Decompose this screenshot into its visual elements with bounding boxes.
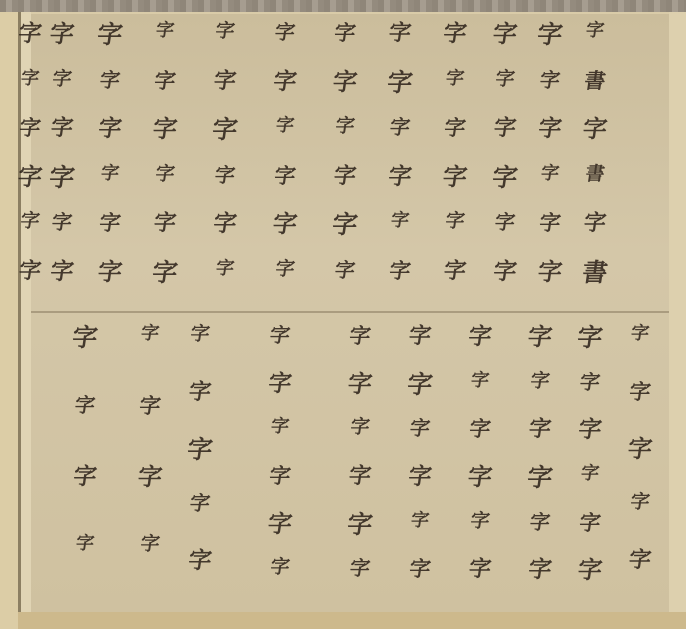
brush-glyph: 字 <box>145 260 185 285</box>
brush-glyph: 字 <box>180 437 220 462</box>
brush-glyph: 字 <box>571 512 610 533</box>
brush-glyph: 字 <box>436 212 475 231</box>
brush-glyph: 字 <box>621 325 660 343</box>
brush-glyph: 字 <box>91 70 130 90</box>
brush-glyph: 字 <box>205 212 244 235</box>
brush-glyph: 字 <box>11 212 50 231</box>
brush-glyph: 字 <box>570 418 609 441</box>
brush-glyph: 字 <box>65 465 104 488</box>
brush-glyph: 字 <box>521 512 560 532</box>
brush-glyph: 字 <box>11 117 50 138</box>
brush-glyph: 字 <box>131 325 170 343</box>
calligraphy-column: 字字字字 <box>67 325 103 605</box>
calligraphy-column: 字字字字字字 <box>462 325 498 605</box>
brush-glyph: 字 <box>145 212 184 234</box>
brush-glyph: 字 <box>520 418 559 440</box>
calligraphy-column: 字字字字字字 <box>267 22 303 307</box>
brush-glyph: 字 <box>266 165 305 186</box>
brush-glyph: 字 <box>435 165 474 189</box>
brush-glyph: 字 <box>621 493 660 512</box>
brush-glyph: 字 <box>461 512 500 531</box>
calligraphy-column: 字書字書字書 <box>577 22 613 307</box>
paper-seam <box>31 311 669 313</box>
brush-glyph: 字 <box>575 117 614 141</box>
brush-glyph: 字 <box>65 325 105 350</box>
brush-glyph: 字 <box>400 372 440 397</box>
calligraphy-column: 字字字字字 <box>622 325 658 605</box>
brush-glyph: 字 <box>436 70 475 88</box>
brush-glyph: 字 <box>521 372 560 391</box>
brush-glyph: 字 <box>266 117 305 135</box>
brush-glyph: 字 <box>460 465 499 489</box>
brush-glyph: 字 <box>435 260 474 282</box>
brush-glyph: 字 <box>401 558 440 579</box>
brush-glyph: 字 <box>265 212 304 236</box>
brush-glyph: 字 <box>130 465 169 489</box>
scroll-mount-bottom <box>18 612 686 629</box>
brush-glyph: 字 <box>340 372 379 396</box>
brush-glyph: 字 <box>621 381 660 402</box>
calligraphy-column: 字字字字 <box>132 325 168 605</box>
brush-glyph: 字 <box>531 212 570 233</box>
brush-glyph: 字 <box>206 22 245 41</box>
calligraphy-column: 字字字字字字 <box>327 22 363 307</box>
brush-glyph: 字 <box>205 70 244 92</box>
brush-glyph: 字 <box>90 22 130 47</box>
brush-glyph: 字 <box>261 558 300 577</box>
brush-glyph: 字 <box>206 165 245 185</box>
calligraphy-column: 字字字字字字 <box>262 325 298 605</box>
brush-glyph: 字 <box>620 437 659 461</box>
brush-glyph: 字 <box>486 212 525 232</box>
calligraphy-column: 字字字字字字 <box>437 22 473 307</box>
brush-glyph: 字 <box>530 117 569 140</box>
brocade-border-top <box>0 0 686 12</box>
brush-glyph: 字 <box>146 22 185 40</box>
brush-glyph: 字 <box>66 535 105 553</box>
brush-glyph: 字 <box>340 465 379 487</box>
brush-glyph: 字 <box>340 512 380 537</box>
brush-glyph: 字 <box>146 165 185 184</box>
brush-glyph: 書 <box>575 260 615 285</box>
calligraphy-column: 字字字字字字 <box>572 325 608 605</box>
brush-glyph: 書 <box>576 165 615 184</box>
brush-glyph: 字 <box>380 70 420 95</box>
brush-glyph: 字 <box>261 418 300 436</box>
brush-glyph: 字 <box>11 70 50 88</box>
brush-glyph: 字 <box>380 165 419 188</box>
brush-glyph: 字 <box>461 418 500 439</box>
brush-glyph: 字 <box>485 165 525 190</box>
brush-glyph: 字 <box>485 260 524 283</box>
brush-glyph: 字 <box>570 558 609 582</box>
brush-glyph: 字 <box>260 512 299 536</box>
brush-glyph: 字 <box>10 22 49 45</box>
brush-glyph: 字 <box>531 165 570 183</box>
brush-glyph: 字 <box>90 260 129 284</box>
brush-glyph: 字 <box>131 535 170 554</box>
brush-glyph: 字 <box>486 70 525 89</box>
brush-glyph: 字 <box>381 212 420 230</box>
brush-glyph: 字 <box>341 558 380 578</box>
brush-glyph: 字 <box>380 22 419 44</box>
calligraphy-column: 字字字字字 <box>182 325 218 605</box>
brush-glyph: 字 <box>326 117 365 136</box>
brush-glyph: 字 <box>261 465 300 486</box>
brush-glyph: 字 <box>145 117 184 141</box>
brush-glyph: 字 <box>520 465 560 490</box>
brush-glyph: 字 <box>131 395 170 416</box>
calligraphy-column: 字字字字字字 <box>147 22 183 307</box>
brush-glyph: 字 <box>66 395 105 415</box>
brush-glyph: 字 <box>180 549 219 572</box>
brush-glyph: 字 <box>381 117 420 137</box>
brush-glyph: 字 <box>435 22 474 45</box>
brush-glyph: 字 <box>530 22 570 47</box>
brush-glyph: 字 <box>266 22 305 42</box>
brush-glyph: 字 <box>181 325 220 344</box>
brush-glyph: 字 <box>261 325 300 345</box>
brush-glyph: 字 <box>576 22 615 40</box>
calligraphy-column: 字字字字字字 <box>487 22 523 307</box>
brush-glyph: 字 <box>460 558 499 580</box>
calligraphy-column: 字字字字字字 <box>342 325 378 605</box>
brush-glyph: 字 <box>91 212 130 233</box>
brush-glyph: 字 <box>381 260 420 281</box>
brush-glyph: 字 <box>571 465 610 483</box>
brush-glyph: 字 <box>620 549 659 571</box>
brush-glyph: 字 <box>325 70 364 94</box>
brush-glyph: 字 <box>266 260 305 279</box>
calligraphy-column: 字字字字字字 <box>382 22 418 307</box>
brush-glyph: 字 <box>181 493 220 513</box>
brush-glyph: 字 <box>520 325 559 349</box>
calligraphy-column: 字字字字字字 <box>92 22 128 307</box>
brush-glyph: 字 <box>401 418 440 438</box>
brush-glyph: 字 <box>485 117 524 139</box>
brush-glyph: 字 <box>325 212 365 237</box>
brush-glyph: 字 <box>460 325 499 348</box>
brush-glyph: 字 <box>530 260 569 284</box>
brush-glyph: 字 <box>326 260 365 280</box>
brush-glyph: 字 <box>205 117 245 142</box>
brush-glyph: 字 <box>206 260 245 278</box>
brush-glyph: 字 <box>571 372 610 392</box>
brush-glyph: 字 <box>10 165 49 189</box>
brush-glyph: 字 <box>265 70 304 93</box>
brush-glyph: 字 <box>146 70 185 91</box>
brush-glyph: 字 <box>91 165 130 183</box>
brush-glyph: 字 <box>10 260 49 282</box>
brush-glyph: 字 <box>341 418 380 437</box>
brush-glyph: 字 <box>520 558 559 581</box>
calligraphy-column: 字字字字字字 <box>522 325 558 605</box>
brush-glyph: 字 <box>341 325 380 346</box>
brush-glyph: 字 <box>400 465 439 488</box>
brush-glyph: 書 <box>576 70 615 91</box>
brush-glyph: 字 <box>461 372 500 390</box>
calligraphy-column: 字字字字字字 <box>402 325 438 605</box>
calligraphy-column: 字字字字字字 <box>12 22 48 307</box>
brush-glyph: 字 <box>180 381 219 403</box>
calligraphy-column: 字字字字字字 <box>207 22 243 307</box>
brush-glyph: 字 <box>326 22 365 43</box>
brush-glyph: 字 <box>400 325 439 347</box>
brush-glyph: 字 <box>575 212 614 234</box>
brush-glyph: 字 <box>90 117 129 140</box>
scroll-mount-right <box>669 12 686 612</box>
calligraphy-column: 字字字字字字 <box>532 22 568 307</box>
brush-glyph: 字 <box>570 325 610 350</box>
brush-glyph: 字 <box>260 372 299 395</box>
brush-glyph: 字 <box>436 117 475 138</box>
brush-glyph: 字 <box>401 512 440 530</box>
brush-glyph: 字 <box>325 165 364 187</box>
brush-glyph: 字 <box>485 22 524 46</box>
brush-glyph: 字 <box>531 70 570 90</box>
